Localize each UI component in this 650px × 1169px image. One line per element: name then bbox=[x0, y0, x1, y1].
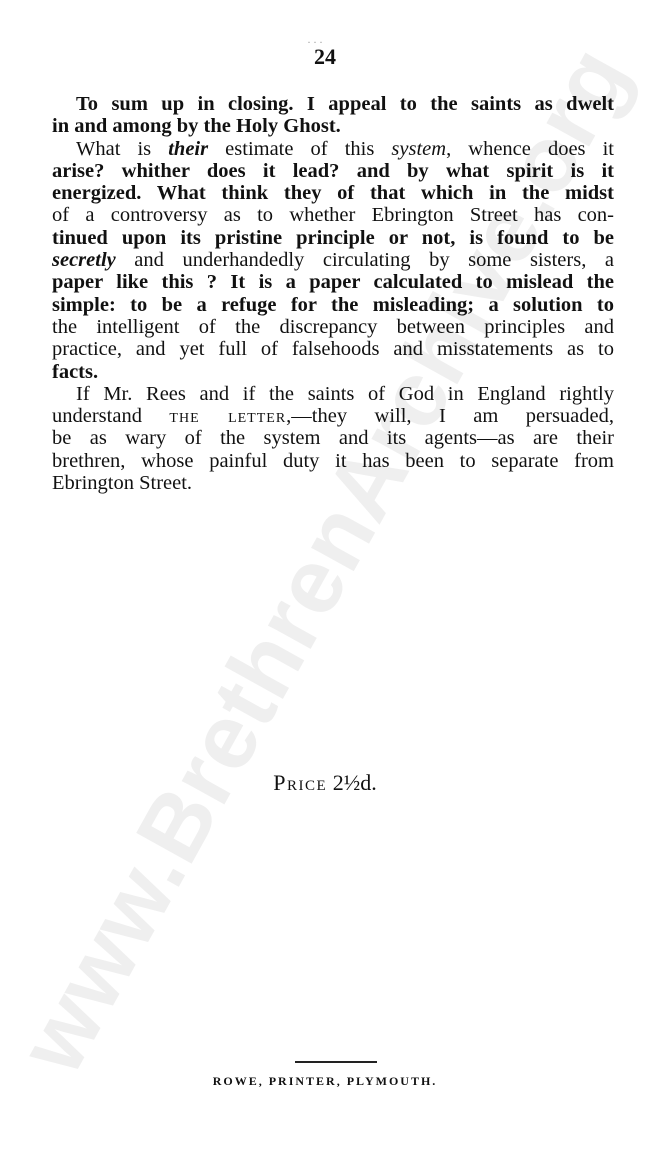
text-line: To sum up in closing. I appeal to the sa… bbox=[52, 93, 614, 115]
text-line: practice, and yet full of falsehoods and… bbox=[52, 338, 614, 360]
text-line: tinued upon its pristine principle or no… bbox=[52, 227, 614, 249]
text-fragment: What is bbox=[76, 138, 168, 160]
text-line: the intelligent of the discrepancy betwe… bbox=[52, 316, 614, 338]
text-line: in and among by the Holy Ghost. bbox=[52, 115, 614, 137]
text-line: simple: to be a refuge for the misleadin… bbox=[52, 294, 614, 316]
paragraph-2: What is their estimate of this system, w… bbox=[52, 138, 614, 383]
price-amount: 2½d. bbox=[333, 770, 377, 795]
paragraph-3: If Mr. Rees and if the saints of God in … bbox=[52, 383, 614, 494]
page-number-value: 24 bbox=[314, 44, 336, 69]
horizontal-rule bbox=[295, 1061, 377, 1063]
text-line: If Mr. Rees and if the saints of God in … bbox=[52, 383, 614, 405]
paragraph-1: To sum up in closing. I appeal to the sa… bbox=[52, 93, 614, 138]
text-line: secretly and underhandedly circulating b… bbox=[52, 249, 614, 271]
text-line: facts. bbox=[52, 361, 614, 383]
text-line: paper like this ? It is a paper calculat… bbox=[52, 271, 614, 293]
small-caps-the-letter: the letter bbox=[169, 405, 286, 427]
page-number-ornament: . . . bbox=[308, 36, 323, 45]
text-fragment: estimate of this bbox=[208, 138, 391, 160]
emphasis-secretly: secretly bbox=[52, 249, 116, 271]
text-line: of a controversy as to whether Ebrington… bbox=[52, 204, 614, 226]
text-line: Ebrington Street. bbox=[52, 472, 614, 494]
text-line: arise? whither does it lead? and by what… bbox=[52, 160, 614, 182]
emphasis-system: system bbox=[391, 138, 446, 160]
document-page: www.BrethrenArchive.org . . . 24 To sum … bbox=[0, 0, 650, 1169]
page-number: . . . 24 bbox=[0, 44, 650, 70]
emphasis-their: their bbox=[168, 138, 208, 160]
price-line: Price 2½d. bbox=[0, 770, 650, 796]
text-line: What is their estimate of this system, w… bbox=[52, 138, 614, 160]
printer-colophon: ROWE, PRINTER, PLYMOUTH. bbox=[0, 1074, 650, 1089]
text-fragment: and underhandedly circulating by some si… bbox=[116, 249, 614, 271]
price-label: Price bbox=[273, 770, 327, 795]
text-line: be as wary of the system and its agents—… bbox=[52, 427, 614, 449]
text-fragment: ,—they will, I am persuaded, bbox=[286, 405, 614, 427]
body-text: To sum up in closing. I appeal to the sa… bbox=[52, 93, 614, 494]
text-line: energized. What think they of that which… bbox=[52, 182, 614, 204]
text-fragment: understand bbox=[52, 405, 169, 427]
text-fragment: , whence does it bbox=[446, 138, 614, 160]
text-line: brethren, whose painful duty it has been… bbox=[52, 450, 614, 472]
text-line: understand the letter,—they will, I am p… bbox=[52, 405, 614, 427]
